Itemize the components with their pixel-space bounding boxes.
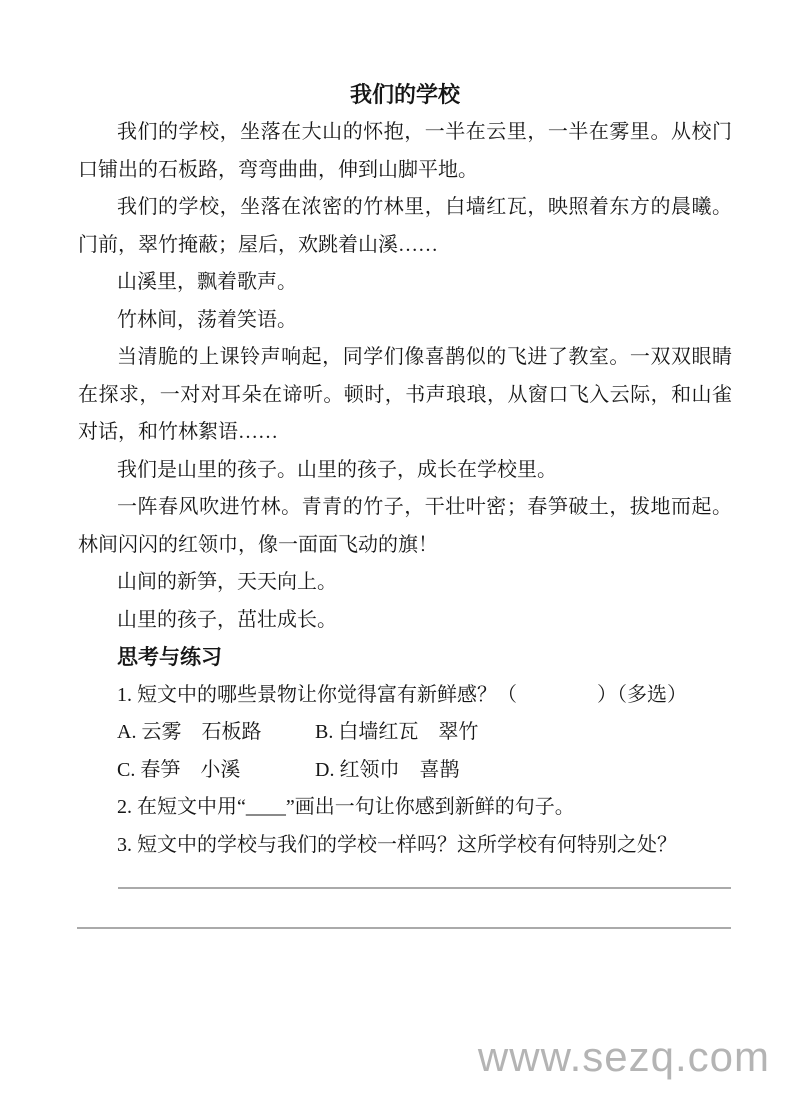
options-row-1: A. 云雾 石板路B. 白墙红瓦 翠竹 bbox=[78, 714, 732, 752]
passage-paragraph-2: 我们的学校，坐落在浓密的竹林里，白墙红瓦，映照着东方的晨曦。门前，翠竹掩蔽；屋后… bbox=[78, 189, 732, 264]
answer-line-1 bbox=[118, 887, 731, 889]
page-title: 我们的学校 bbox=[78, 80, 732, 110]
option-c: C. 春笋 小溪 bbox=[117, 752, 315, 790]
passage-paragraph-8: 山间的新笋，天天向上。 bbox=[78, 564, 732, 602]
passage-paragraph-7: 一阵春风吹进竹林。青青的竹子，干壮叶密；春笋破土，拔地而起。林间闪闪的红领巾，像… bbox=[78, 489, 732, 564]
option-b: B. 白墙红瓦 翠竹 bbox=[315, 714, 478, 752]
answer-line-2 bbox=[77, 927, 731, 929]
watermark: www.sezq.com bbox=[478, 1033, 770, 1081]
option-d: D. 红领巾 喜鹊 bbox=[315, 752, 459, 790]
passage-paragraph-4: 竹林间，荡着笑语。 bbox=[78, 302, 732, 340]
question-2: 2. 在短文中用“____”画出一句让你感到新鲜的句子。 bbox=[78, 789, 732, 827]
options-row-2: C. 春笋 小溪D. 红领巾 喜鹊 bbox=[78, 752, 732, 790]
passage-paragraph-5: 当清脆的上课铃声响起，同学们像喜鹊似的飞进了教室。一双双眼睛在探求，一对对耳朵在… bbox=[78, 339, 732, 452]
worksheet-page: 我们的学校 我们的学校，坐落在大山的怀抱，一半在云里，一半在雾里。从校门口铺出的… bbox=[0, 0, 800, 1114]
question-3: 3. 短文中的学校与我们的学校一样吗？这所学校有何特别之处？ bbox=[78, 827, 732, 865]
document-content: 我们的学校 我们的学校，坐落在大山的怀抱，一半在云里，一半在雾里。从校门口铺出的… bbox=[78, 80, 732, 864]
passage-paragraph-9: 山里的孩子，茁壮成长。 bbox=[78, 602, 732, 640]
option-a: A. 云雾 石板路 bbox=[117, 714, 315, 752]
question-1: 1. 短文中的哪些景物让你觉得富有新鲜感？（ ）（多选） bbox=[78, 677, 732, 715]
passage-paragraph-6: 我们是山里的孩子。山里的孩子，成长在学校里。 bbox=[78, 452, 732, 490]
passage-paragraph-3: 山溪里，飘着歌声。 bbox=[78, 264, 732, 302]
passage-paragraph-1: 我们的学校，坐落在大山的怀抱，一半在云里，一半在雾里。从校门口铺出的石板路，弯弯… bbox=[78, 114, 732, 189]
exercises-heading: 思考与练习 bbox=[78, 639, 732, 677]
